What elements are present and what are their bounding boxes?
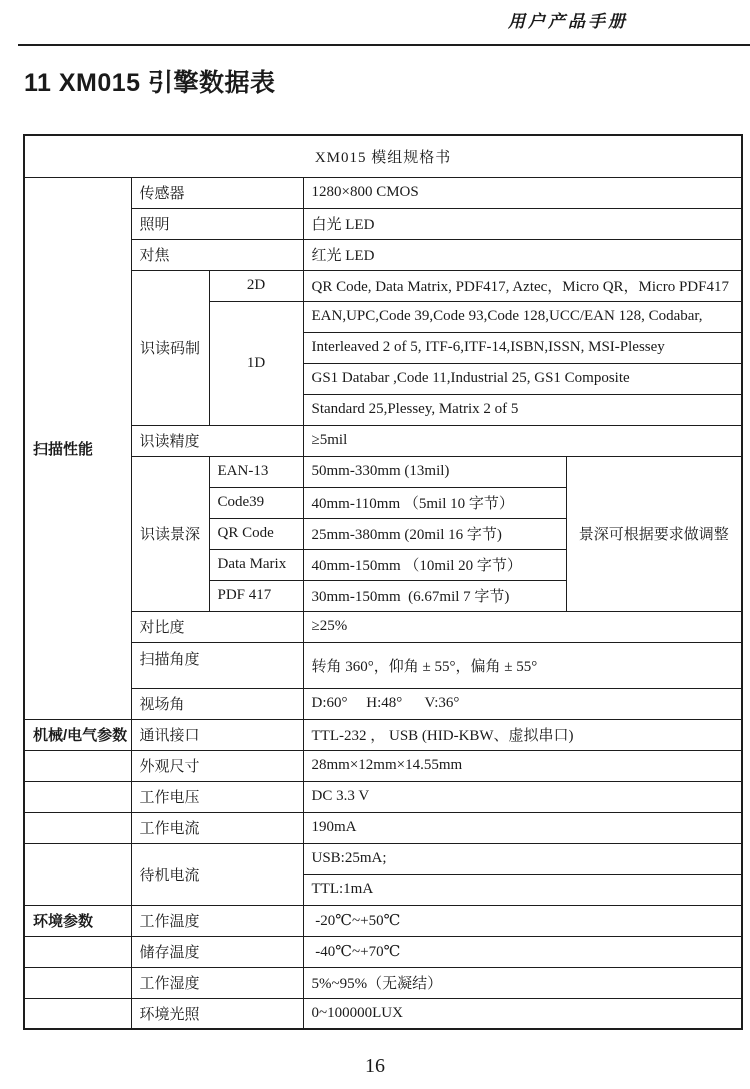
group-env-cell: 环境参数 [24,905,131,936]
symbology-1d-line-cell: GS1 Databar ,Code 11,Industrial 25, GS1 … [303,363,742,394]
humidity-value-cell: 5%~95%（无凝结） [303,967,742,998]
dof-row-value-cell: 25mm-380mm (20mil 16 字节) [303,518,566,549]
symbology-1d-label-cell: 1D [209,301,303,425]
table-row: 储存温度 -40℃~+70℃ [24,936,742,967]
group-cell-empty [24,781,131,812]
dof-row-value-cell: 50mm-330mm (13mil) [303,456,566,487]
focus-label-cell: 对焦 [131,239,303,270]
illumination-value-cell: 白光 LED [303,208,742,239]
dof-label-cell: 识读景深 [131,456,209,611]
table-row: 对焦 红光 LED [24,239,742,270]
spec-table: XM015 模组规格书 扫描性能 传感器 1280×800 CMOS 照明 白光… [23,134,743,1030]
ambient-light-value-cell: 0~100000LUX [303,998,742,1029]
table-row: 扫描性能 传感器 1280×800 CMOS [24,177,742,208]
sensor-value-cell: 1280×800 CMOS [303,177,742,208]
dof-row-value-cell: 40mm-150mm （10mil 20 字节） [303,549,566,580]
fov-label-cell: 视场角 [131,688,303,719]
table-row: 外观尺寸 28mm×12mm×14.55mm [24,750,742,781]
precision-label-cell: 识读精度 [131,425,303,456]
symbology-1d-line-cell: Standard 25,Plessey, Matrix 2 of 5 [303,394,742,425]
current-value-cell: 190mA [303,812,742,843]
standby-label-cell: 待机电流 [131,843,303,905]
header-divider [18,44,750,46]
group-cell-empty [24,812,131,843]
scan-angle-label-cell: 扫描角度 [131,642,303,688]
current-label-cell: 工作电流 [131,812,303,843]
dof-row-label-cell: EAN-13 [209,456,303,487]
standby-usb-value-cell: USB:25mA; [303,843,742,874]
scan-angle-value-cell: 转角 360°，仰角 ± 55°，偏角 ± 55° [303,642,742,688]
group-cell-empty [24,843,131,905]
contrast-value-cell: ≥25% [303,611,742,642]
symbology-2d-value-cell: QR Code, Data Matrix, PDF417, Aztec，Micr… [303,270,742,301]
table-row: XM015 模组规格书 [24,135,742,177]
page-number: 16 [0,1055,750,1078]
storage-temp-label-cell: 储存温度 [131,936,303,967]
table-row: 视场角 D:60° H:48° V:36° [24,688,742,719]
symbology-2d-label-cell: 2D [209,270,303,301]
symbology-1d-line-cell: Interleaved 2 of 5, ITF-6,ITF-14,ISBN,IS… [303,332,742,363]
dimensions-label-cell: 外观尺寸 [131,750,303,781]
table-row: 待机电流 USB:25mA; [24,843,742,874]
group-cell-empty [24,998,131,1029]
table-row: 工作湿度 5%~95%（无凝结） [24,967,742,998]
table-row: 扫描角度 转角 360°，仰角 ± 55°，偏角 ± 55° [24,642,742,688]
dimensions-value-cell: 28mm×12mm×14.55mm [303,750,742,781]
dof-row-label-cell: PDF 417 [209,580,303,611]
group-cell-empty [24,750,131,781]
work-temp-label-cell: 工作温度 [131,905,303,936]
table-row: 工作电流 190mA [24,812,742,843]
group-cell-empty [24,936,131,967]
table-title-cell: XM015 模组规格书 [24,135,742,177]
table-row: 识读景深 EAN-13 50mm-330mm (13mil) 景深可根据要求做调… [24,456,742,487]
dof-row-label-cell: Data Marix [209,549,303,580]
humidity-label-cell: 工作湿度 [131,967,303,998]
group-mech-cell: 机械/电气参数 [24,719,131,750]
standby-ttl-value-cell: TTL:1mA [303,874,742,905]
dof-row-value-cell: 30mm-150mm (6.67mil 7 字节) [303,580,566,611]
dof-row-value-cell: 40mm-110mm （5mil 10 字节） [303,487,566,518]
storage-temp-value-cell: -40℃~+70℃ [303,936,742,967]
precision-value-cell: ≥5mil [303,425,742,456]
table-row: 环境光照 0~100000LUX [24,998,742,1029]
dof-note-cell: 景深可根据要求做调整 [566,456,742,611]
comm-value-cell: TTL-232 ， USB (HID-KBW、虚拟串口) [303,719,742,750]
table-row: 对比度 ≥25% [24,611,742,642]
focus-value-cell: 红光 LED [303,239,742,270]
table-row: 识读精度 ≥5mil [24,425,742,456]
contrast-label-cell: 对比度 [131,611,303,642]
doc-header-title: 用户产品手册 [0,0,750,33]
voltage-label-cell: 工作电压 [131,781,303,812]
symbology-1d-line-cell: EAN,UPC,Code 39,Code 93,Code 128,UCC/EAN… [303,301,742,332]
table-row: 工作电压 DC 3.3 V [24,781,742,812]
dof-row-label-cell: QR Code [209,518,303,549]
symbology-label-cell: 识读码制 [131,270,209,425]
table-row: 照明 白光 LED [24,208,742,239]
fov-value-cell: D:60° H:48° V:36° [303,688,742,719]
group-cell-empty [24,967,131,998]
comm-label-cell: 通讯接口 [131,719,303,750]
ambient-light-label-cell: 环境光照 [131,998,303,1029]
voltage-value-cell: DC 3.3 V [303,781,742,812]
table-row: 环境参数 工作温度 -20℃~+50℃ [24,905,742,936]
dof-row-label-cell: Code39 [209,487,303,518]
work-temp-value-cell: -20℃~+50℃ [303,905,742,936]
table-row: 机械/电气参数 通讯接口 TTL-232 ， USB (HID-KBW、虚拟串口… [24,719,742,750]
table-row: 识读码制 2D QR Code, Data Matrix, PDF417, Az… [24,270,742,301]
page-title: 11 XM015 引擎数据表 [24,63,750,99]
sensor-label-cell: 传感器 [131,177,303,208]
group-scan-cell: 扫描性能 [24,177,131,719]
illumination-label-cell: 照明 [131,208,303,239]
